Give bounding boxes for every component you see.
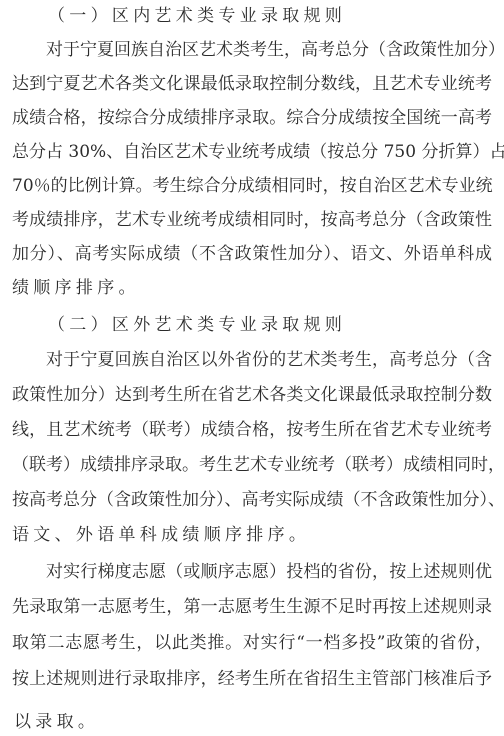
section2-line-1: 对于宁夏回族自治区以外省份的艺术类考生，高考总分（含: [46, 350, 492, 370]
section1-line-6: 考成绩排序，艺术专业统考成绩相同时，按高考总分（含政策性: [12, 210, 492, 230]
section3-line-3: 取第二志愿考生，以此类推。对实行“一档多投”政策的省份，: [12, 633, 492, 653]
section1-line-8: 绩顺序排序。: [12, 278, 140, 298]
section1-line-3: 成绩合格，按综合分成绩排序录取。综合分成绩按全国统一高考: [12, 108, 492, 128]
section3-line-4: 按上述规则进行录取排序，经考生所在省招生主管部门核准后予: [12, 669, 492, 689]
section1-line-4: 总分占 30%、自治区艺术专业统考成绩（按总分 750 分折算）占: [12, 142, 492, 162]
section3-line-5: 以录取。: [14, 712, 99, 732]
section2-line-6: 语文、外语单科成绩顺序排序。: [12, 525, 310, 545]
document-page: （一）区内艺术类专业录取规则 对于宁夏回族自治区艺术类考生，高考总分（含政策性加…: [0, 0, 504, 736]
section1-heading: （一）区内艺术类专业录取规则: [48, 6, 346, 26]
section1-line-7: 加分）、高考实际成绩（不含政策性加分）、语文、外语单科成: [12, 244, 492, 264]
section2-heading: （二）区外艺术类专业录取规则: [48, 315, 346, 335]
section3-line-1: 对实行梯度志愿（或顺序志愿）投档的省份，按上述规则优: [46, 562, 492, 582]
section1-line-1: 对于宁夏回族自治区艺术类考生，高考总分（含政策性加分）: [46, 40, 492, 60]
section3-line-2: 先录取第一志愿考生，第一志愿考生生源不足时再按上述规则录: [12, 597, 492, 617]
section2-line-5: 按高考总分（含政策性加分）、高考实际成绩（不含政策性加分）、: [12, 490, 492, 510]
section2-line-2: 政策性加分）达到考生所在省艺术各类文化课最低录取控制分数: [12, 385, 492, 405]
section1-line-5: 70％的比例计算。考生综合分成绩相同时，按自治区艺术专业统: [12, 176, 492, 196]
section2-line-3: 线，且艺术统考（联考）成绩合格，按考生所在省艺术专业统考: [12, 420, 492, 440]
section1-line-2: 达到宁夏艺术各类文化课最低录取控制分数线，且艺术专业统考: [12, 74, 492, 94]
section2-line-4: （联考）成绩排序录取。考生艺术专业统考（联考）成绩相同时，: [12, 455, 492, 475]
